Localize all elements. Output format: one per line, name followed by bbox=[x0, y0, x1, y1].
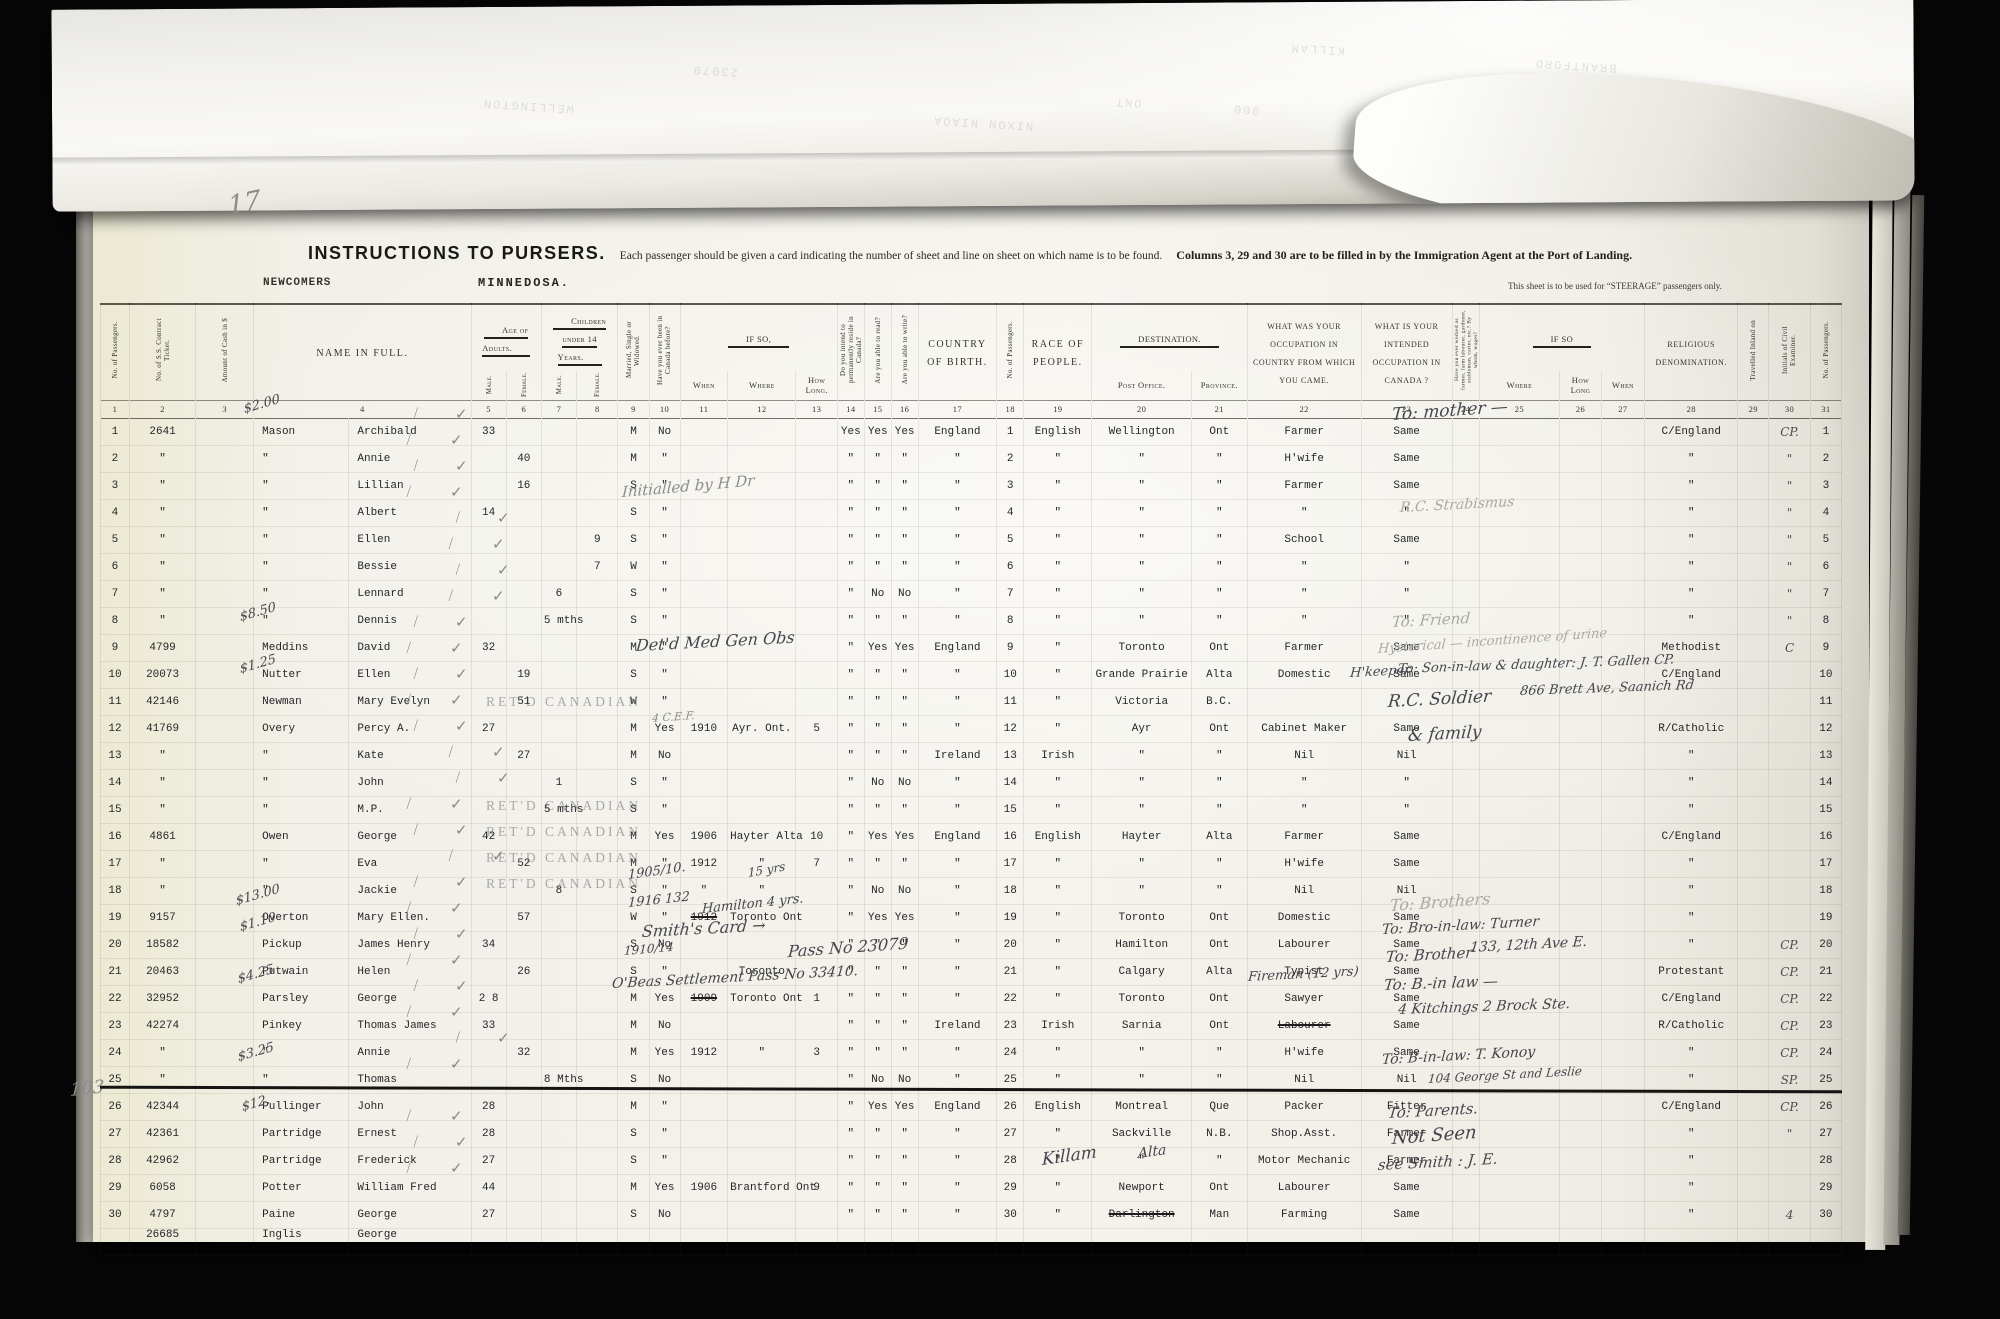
cell: Domestic bbox=[1247, 661, 1361, 688]
table-row: 26685InglisGeorge bbox=[101, 1228, 1842, 1255]
cell: " bbox=[254, 445, 349, 472]
cell bbox=[1479, 472, 1560, 499]
cell: 32 bbox=[506, 1039, 541, 1066]
column-header: Female. bbox=[577, 371, 618, 400]
cell: " bbox=[918, 607, 997, 634]
cell: " bbox=[1645, 850, 1738, 877]
cell: 14 bbox=[997, 769, 1024, 796]
cell: 8 Mths bbox=[541, 1066, 576, 1093]
cell: " bbox=[1769, 499, 1810, 526]
cell: " bbox=[1024, 769, 1092, 796]
cell: 17 bbox=[997, 850, 1024, 877]
cell bbox=[680, 1093, 728, 1120]
cell: " bbox=[864, 1120, 891, 1147]
column-header: Age of Adults. bbox=[471, 304, 541, 371]
cell bbox=[1601, 823, 1644, 850]
cell: " bbox=[891, 499, 918, 526]
cell: Ont bbox=[1191, 715, 1247, 742]
cell: 1 bbox=[101, 418, 130, 445]
cell: " bbox=[891, 688, 918, 715]
cell: No bbox=[891, 877, 918, 904]
cell bbox=[680, 796, 728, 823]
table-row: 4""Albert14S"""""4"""""""4 bbox=[101, 499, 1842, 526]
column-header: 4 bbox=[254, 400, 471, 418]
cell bbox=[728, 1201, 796, 1228]
cell bbox=[728, 688, 796, 715]
cell bbox=[1738, 1228, 1769, 1255]
cell: " bbox=[918, 958, 997, 985]
cell bbox=[1024, 1228, 1092, 1255]
cell: England bbox=[918, 418, 997, 445]
cell: S bbox=[618, 661, 649, 688]
cell bbox=[728, 1120, 796, 1147]
cell bbox=[680, 958, 728, 985]
cell: 19 bbox=[997, 904, 1024, 931]
cell bbox=[471, 472, 506, 499]
cell bbox=[196, 850, 254, 877]
cell: 15 bbox=[101, 796, 130, 823]
cell: " bbox=[254, 472, 349, 499]
cell: Archibald bbox=[349, 418, 471, 445]
cell bbox=[796, 1201, 837, 1228]
cell bbox=[506, 1120, 541, 1147]
cell bbox=[196, 877, 254, 904]
cell: Mason bbox=[254, 418, 349, 445]
cell bbox=[196, 796, 254, 823]
table-row: 2842962PartridgeFrederick27S"""""28"""Mo… bbox=[101, 1147, 1842, 1174]
cell: Albert bbox=[349, 499, 471, 526]
cell bbox=[1769, 904, 1810, 931]
cell: S bbox=[618, 796, 649, 823]
cell: Farmer bbox=[1247, 823, 1361, 850]
cell: 28 bbox=[101, 1147, 130, 1174]
cell: Pickup bbox=[254, 931, 349, 958]
cell bbox=[796, 418, 837, 445]
cell: Same bbox=[1361, 931, 1452, 958]
cell bbox=[196, 931, 254, 958]
cell: Owen bbox=[254, 823, 349, 850]
cell bbox=[1560, 580, 1601, 607]
cell bbox=[471, 1228, 506, 1255]
cell: Ont bbox=[1191, 931, 1247, 958]
column-header: Male. bbox=[541, 371, 576, 400]
cell: Brantford Ont bbox=[728, 1174, 796, 1201]
cell bbox=[1738, 580, 1769, 607]
cell bbox=[1738, 688, 1769, 715]
cell bbox=[796, 1012, 837, 1039]
cell: 26 bbox=[1810, 1093, 1841, 1120]
cell bbox=[1738, 553, 1769, 580]
cell: 19 bbox=[506, 661, 541, 688]
cell bbox=[1738, 1201, 1769, 1228]
cell: No bbox=[649, 1066, 680, 1093]
cell bbox=[506, 931, 541, 958]
cell bbox=[1479, 1201, 1560, 1228]
cell: 42146 bbox=[129, 688, 195, 715]
cell bbox=[1452, 418, 1479, 445]
cell bbox=[1452, 634, 1479, 661]
cell bbox=[577, 688, 618, 715]
cell: " bbox=[254, 553, 349, 580]
cell: " bbox=[1092, 796, 1191, 823]
cell bbox=[506, 499, 541, 526]
cell: " bbox=[837, 958, 864, 985]
cell: 28 bbox=[1810, 1147, 1841, 1174]
cell bbox=[680, 445, 728, 472]
cell bbox=[1738, 877, 1769, 904]
cell bbox=[680, 526, 728, 553]
cell: 42962 bbox=[129, 1147, 195, 1174]
cell: 12 bbox=[1810, 715, 1841, 742]
cell: Yes bbox=[649, 823, 680, 850]
cell: Newman bbox=[254, 688, 349, 715]
cell: 20 bbox=[101, 931, 130, 958]
cell: Cabinet Maker bbox=[1247, 715, 1361, 742]
cell: " bbox=[129, 499, 195, 526]
cell: No bbox=[864, 769, 891, 796]
cell: 24 bbox=[101, 1039, 130, 1066]
cell bbox=[1601, 850, 1644, 877]
cell: 12 bbox=[997, 715, 1024, 742]
cell: Yes bbox=[864, 904, 891, 931]
cell: " bbox=[1092, 553, 1191, 580]
cell: 25 bbox=[997, 1066, 1024, 1093]
cell: " bbox=[918, 1120, 997, 1147]
cell: " bbox=[1024, 607, 1092, 634]
cell: 1906 bbox=[680, 823, 728, 850]
cell: " bbox=[129, 1066, 195, 1093]
cell bbox=[796, 661, 837, 688]
cell: CP. bbox=[1769, 1039, 1810, 1066]
cell bbox=[541, 1228, 576, 1255]
cell: " bbox=[864, 850, 891, 877]
cell bbox=[1645, 1228, 1738, 1255]
cell bbox=[1560, 958, 1601, 985]
cell: " bbox=[891, 1012, 918, 1039]
cell: Ont bbox=[1191, 985, 1247, 1012]
cell bbox=[1560, 607, 1601, 634]
cell bbox=[796, 607, 837, 634]
cell: " bbox=[918, 1039, 997, 1066]
cell: Parsley bbox=[254, 985, 349, 1012]
cell: James Henry bbox=[349, 931, 471, 958]
column-header: 14 bbox=[837, 400, 864, 418]
cell bbox=[577, 985, 618, 1012]
cell: George bbox=[349, 823, 471, 850]
cell: " bbox=[864, 607, 891, 634]
cell: B.C. bbox=[1191, 688, 1247, 715]
cell: " bbox=[918, 445, 997, 472]
cell bbox=[1769, 796, 1810, 823]
cell: Montreal bbox=[1092, 1093, 1191, 1120]
cell: Alta bbox=[1191, 661, 1247, 688]
cell: " bbox=[1092, 742, 1191, 769]
cell: " bbox=[1092, 1147, 1191, 1174]
cell bbox=[1601, 607, 1644, 634]
cell: " bbox=[649, 1147, 680, 1174]
cell bbox=[1479, 1012, 1560, 1039]
cell: 27 bbox=[1810, 1120, 1841, 1147]
cell bbox=[541, 1039, 576, 1066]
cell: No bbox=[649, 1201, 680, 1228]
cell: England bbox=[918, 634, 997, 661]
cell bbox=[196, 607, 254, 634]
cell: " bbox=[254, 526, 349, 553]
cell: Nil bbox=[1361, 877, 1452, 904]
cell: Dennis bbox=[349, 607, 471, 634]
cell bbox=[649, 1228, 680, 1255]
cell: " bbox=[1645, 796, 1738, 823]
cell: Same bbox=[1361, 1174, 1452, 1201]
cell: Ayr. Ont. bbox=[728, 715, 796, 742]
cell bbox=[1601, 499, 1644, 526]
cell bbox=[541, 499, 576, 526]
cell bbox=[1738, 1174, 1769, 1201]
cell: " bbox=[254, 580, 349, 607]
cell: " bbox=[1024, 1174, 1092, 1201]
column-header: Post Office. bbox=[1092, 371, 1191, 400]
cell: Motor Mechanic bbox=[1247, 1147, 1361, 1174]
cell: W bbox=[618, 904, 649, 931]
cell: " bbox=[129, 580, 195, 607]
cell: " bbox=[918, 850, 997, 877]
cell: Irish bbox=[1024, 742, 1092, 769]
cell bbox=[196, 1120, 254, 1147]
cell bbox=[1452, 1012, 1479, 1039]
cell: " bbox=[918, 1147, 997, 1174]
column-header: COUNTRY OF BIRTH. bbox=[918, 304, 997, 400]
cell: " bbox=[1247, 499, 1361, 526]
cell: " bbox=[864, 661, 891, 688]
cell bbox=[618, 1228, 649, 1255]
cell: 19 bbox=[1810, 904, 1841, 931]
cell: 1912 bbox=[680, 850, 728, 877]
cell: Que bbox=[1191, 1093, 1247, 1120]
cell bbox=[196, 472, 254, 499]
column-header: DESTINATION. bbox=[1092, 304, 1247, 371]
column-header: 30 bbox=[1769, 400, 1810, 418]
cell bbox=[796, 580, 837, 607]
cell bbox=[196, 1039, 254, 1066]
cell: " bbox=[129, 472, 195, 499]
cell: " bbox=[837, 445, 864, 472]
cell: John bbox=[349, 1093, 471, 1120]
cell: 29 bbox=[101, 1174, 130, 1201]
cell: No bbox=[891, 769, 918, 796]
cell: CP. bbox=[1769, 1093, 1810, 1120]
cell: " bbox=[918, 688, 997, 715]
cell: " bbox=[864, 715, 891, 742]
cell: " bbox=[918, 1066, 997, 1093]
cell: Ireland bbox=[918, 742, 997, 769]
column-header: 10 bbox=[649, 400, 680, 418]
cell bbox=[680, 1066, 728, 1093]
cell bbox=[1601, 715, 1644, 742]
cell: " bbox=[129, 877, 195, 904]
cell bbox=[796, 1093, 837, 1120]
cell: " bbox=[1769, 553, 1810, 580]
manifest-table: No. of Passengers.No. of S.S. Contract T… bbox=[100, 303, 1842, 1256]
cell: Overton bbox=[254, 904, 349, 931]
cell: 8 bbox=[1810, 607, 1841, 634]
table-row: 14""John1S""NoNo"14""""""14 bbox=[101, 769, 1842, 796]
cell: 8 bbox=[101, 607, 130, 634]
cell: S bbox=[618, 931, 649, 958]
cell bbox=[577, 931, 618, 958]
cell bbox=[1452, 769, 1479, 796]
cell: CP. bbox=[1769, 418, 1810, 445]
cell bbox=[1645, 688, 1738, 715]
cell: Toronto Ont bbox=[728, 985, 796, 1012]
column-header: 31 bbox=[1810, 400, 1841, 418]
cell: 29 bbox=[1810, 1174, 1841, 1201]
cell bbox=[1738, 418, 1769, 445]
cell: H'wife bbox=[1247, 850, 1361, 877]
cell: " bbox=[837, 742, 864, 769]
cell: 16 bbox=[506, 472, 541, 499]
cell bbox=[196, 769, 254, 796]
cell: 6 bbox=[101, 553, 130, 580]
cell bbox=[1479, 661, 1560, 688]
cell: " bbox=[864, 499, 891, 526]
cell: " bbox=[649, 472, 680, 499]
column-header: Children under 14 Years. bbox=[541, 304, 618, 371]
table-row: 2120463PutwainHelen26S"Toronto""""21"Cal… bbox=[101, 958, 1842, 985]
cell bbox=[196, 553, 254, 580]
table-row: 2018582PickupJames Henry34SNo""""20"Hami… bbox=[101, 931, 1842, 958]
cell bbox=[1452, 499, 1479, 526]
cell: Percy A. bbox=[349, 715, 471, 742]
column-header: Where bbox=[1479, 371, 1560, 400]
cell bbox=[1452, 1093, 1479, 1120]
column-header: Initials of Civil Examiner. bbox=[1769, 304, 1810, 400]
cell bbox=[1452, 580, 1479, 607]
cell bbox=[506, 1174, 541, 1201]
cell: 26685 bbox=[129, 1228, 195, 1255]
cell bbox=[1560, 985, 1601, 1012]
cell: 6 bbox=[997, 553, 1024, 580]
cell bbox=[1769, 1174, 1810, 1201]
cell bbox=[196, 634, 254, 661]
cell: " bbox=[864, 553, 891, 580]
cell: School bbox=[1247, 526, 1361, 553]
cell bbox=[577, 742, 618, 769]
cell: 14 bbox=[1810, 769, 1841, 796]
cell bbox=[1601, 742, 1644, 769]
cell: " bbox=[837, 1093, 864, 1120]
cell: " bbox=[918, 499, 997, 526]
cell: CP. bbox=[1769, 958, 1810, 985]
cell: 21 bbox=[101, 958, 130, 985]
cell bbox=[1560, 1039, 1601, 1066]
column-header: Have you ever been in Canada before? bbox=[649, 304, 680, 400]
cell bbox=[1560, 1147, 1601, 1174]
cell bbox=[796, 742, 837, 769]
cell: Labourer bbox=[1247, 1012, 1361, 1039]
cell: 17 bbox=[1810, 850, 1841, 877]
cell: " bbox=[837, 904, 864, 931]
cell bbox=[471, 958, 506, 985]
cell: George bbox=[349, 985, 471, 1012]
cell: 2 bbox=[101, 445, 130, 472]
cell: Hayter Alta bbox=[728, 823, 796, 850]
cell bbox=[196, 1174, 254, 1201]
cell: " bbox=[891, 607, 918, 634]
cell bbox=[1769, 823, 1810, 850]
cell: " bbox=[1769, 1120, 1810, 1147]
cell: " bbox=[837, 850, 864, 877]
cell: Ont bbox=[1191, 634, 1247, 661]
cell: Same bbox=[1361, 1201, 1452, 1228]
cell: Sawyer bbox=[1247, 985, 1361, 1012]
cell: 1 bbox=[997, 418, 1024, 445]
cell: Same bbox=[1361, 904, 1452, 931]
cell: " bbox=[864, 1012, 891, 1039]
cell bbox=[196, 1228, 254, 1255]
curl-lifted-corner bbox=[1350, 56, 1915, 211]
cell: 28 bbox=[471, 1120, 506, 1147]
cell: Yes bbox=[864, 823, 891, 850]
cell: " bbox=[1247, 553, 1361, 580]
cell: " bbox=[1024, 688, 1092, 715]
cell bbox=[1560, 904, 1601, 931]
cell: Same bbox=[1361, 850, 1452, 877]
cell: " bbox=[1191, 499, 1247, 526]
cell: CP. bbox=[1769, 985, 1810, 1012]
cell bbox=[1452, 1174, 1479, 1201]
column-header: When bbox=[1601, 371, 1644, 400]
cell: 9 bbox=[577, 526, 618, 553]
cell bbox=[728, 1012, 796, 1039]
page-left-edge bbox=[76, 148, 93, 1242]
cell: " bbox=[649, 553, 680, 580]
cell bbox=[1452, 661, 1479, 688]
column-header: 21 bbox=[1191, 400, 1247, 418]
cell bbox=[1738, 1120, 1769, 1147]
cell bbox=[1601, 1093, 1644, 1120]
cell: " bbox=[254, 769, 349, 796]
cell: " bbox=[649, 850, 680, 877]
cell: " bbox=[918, 661, 997, 688]
cell bbox=[196, 742, 254, 769]
cell bbox=[1738, 796, 1769, 823]
cell: " bbox=[1645, 580, 1738, 607]
cell bbox=[1601, 580, 1644, 607]
column-header: No. of Passengers. bbox=[997, 304, 1024, 400]
column-header: WHAT IS YOUR INTENDED OCCUPATION IN CANA… bbox=[1361, 304, 1452, 400]
cell: Yes bbox=[649, 985, 680, 1012]
table-row: 296058PotterWilliam Fred44MYes1906Brantf… bbox=[101, 1174, 1842, 1201]
cell bbox=[1560, 877, 1601, 904]
cell bbox=[1452, 1228, 1479, 1255]
cell bbox=[1479, 1174, 1560, 1201]
cell bbox=[891, 1228, 918, 1255]
cell bbox=[680, 1147, 728, 1174]
cell: M bbox=[618, 1012, 649, 1039]
cell: C/England bbox=[1645, 823, 1738, 850]
table-row: 164861OwenGeorge42MYes1906Hayter Alta10"… bbox=[101, 823, 1842, 850]
cell bbox=[1452, 1066, 1479, 1093]
cell: Same bbox=[1361, 823, 1452, 850]
cell bbox=[541, 553, 576, 580]
cell bbox=[541, 418, 576, 445]
cell bbox=[680, 1012, 728, 1039]
cell: 16 bbox=[997, 823, 1024, 850]
cell bbox=[1601, 796, 1644, 823]
cell: " bbox=[649, 445, 680, 472]
cell: S bbox=[618, 877, 649, 904]
cell: 18 bbox=[997, 877, 1024, 904]
